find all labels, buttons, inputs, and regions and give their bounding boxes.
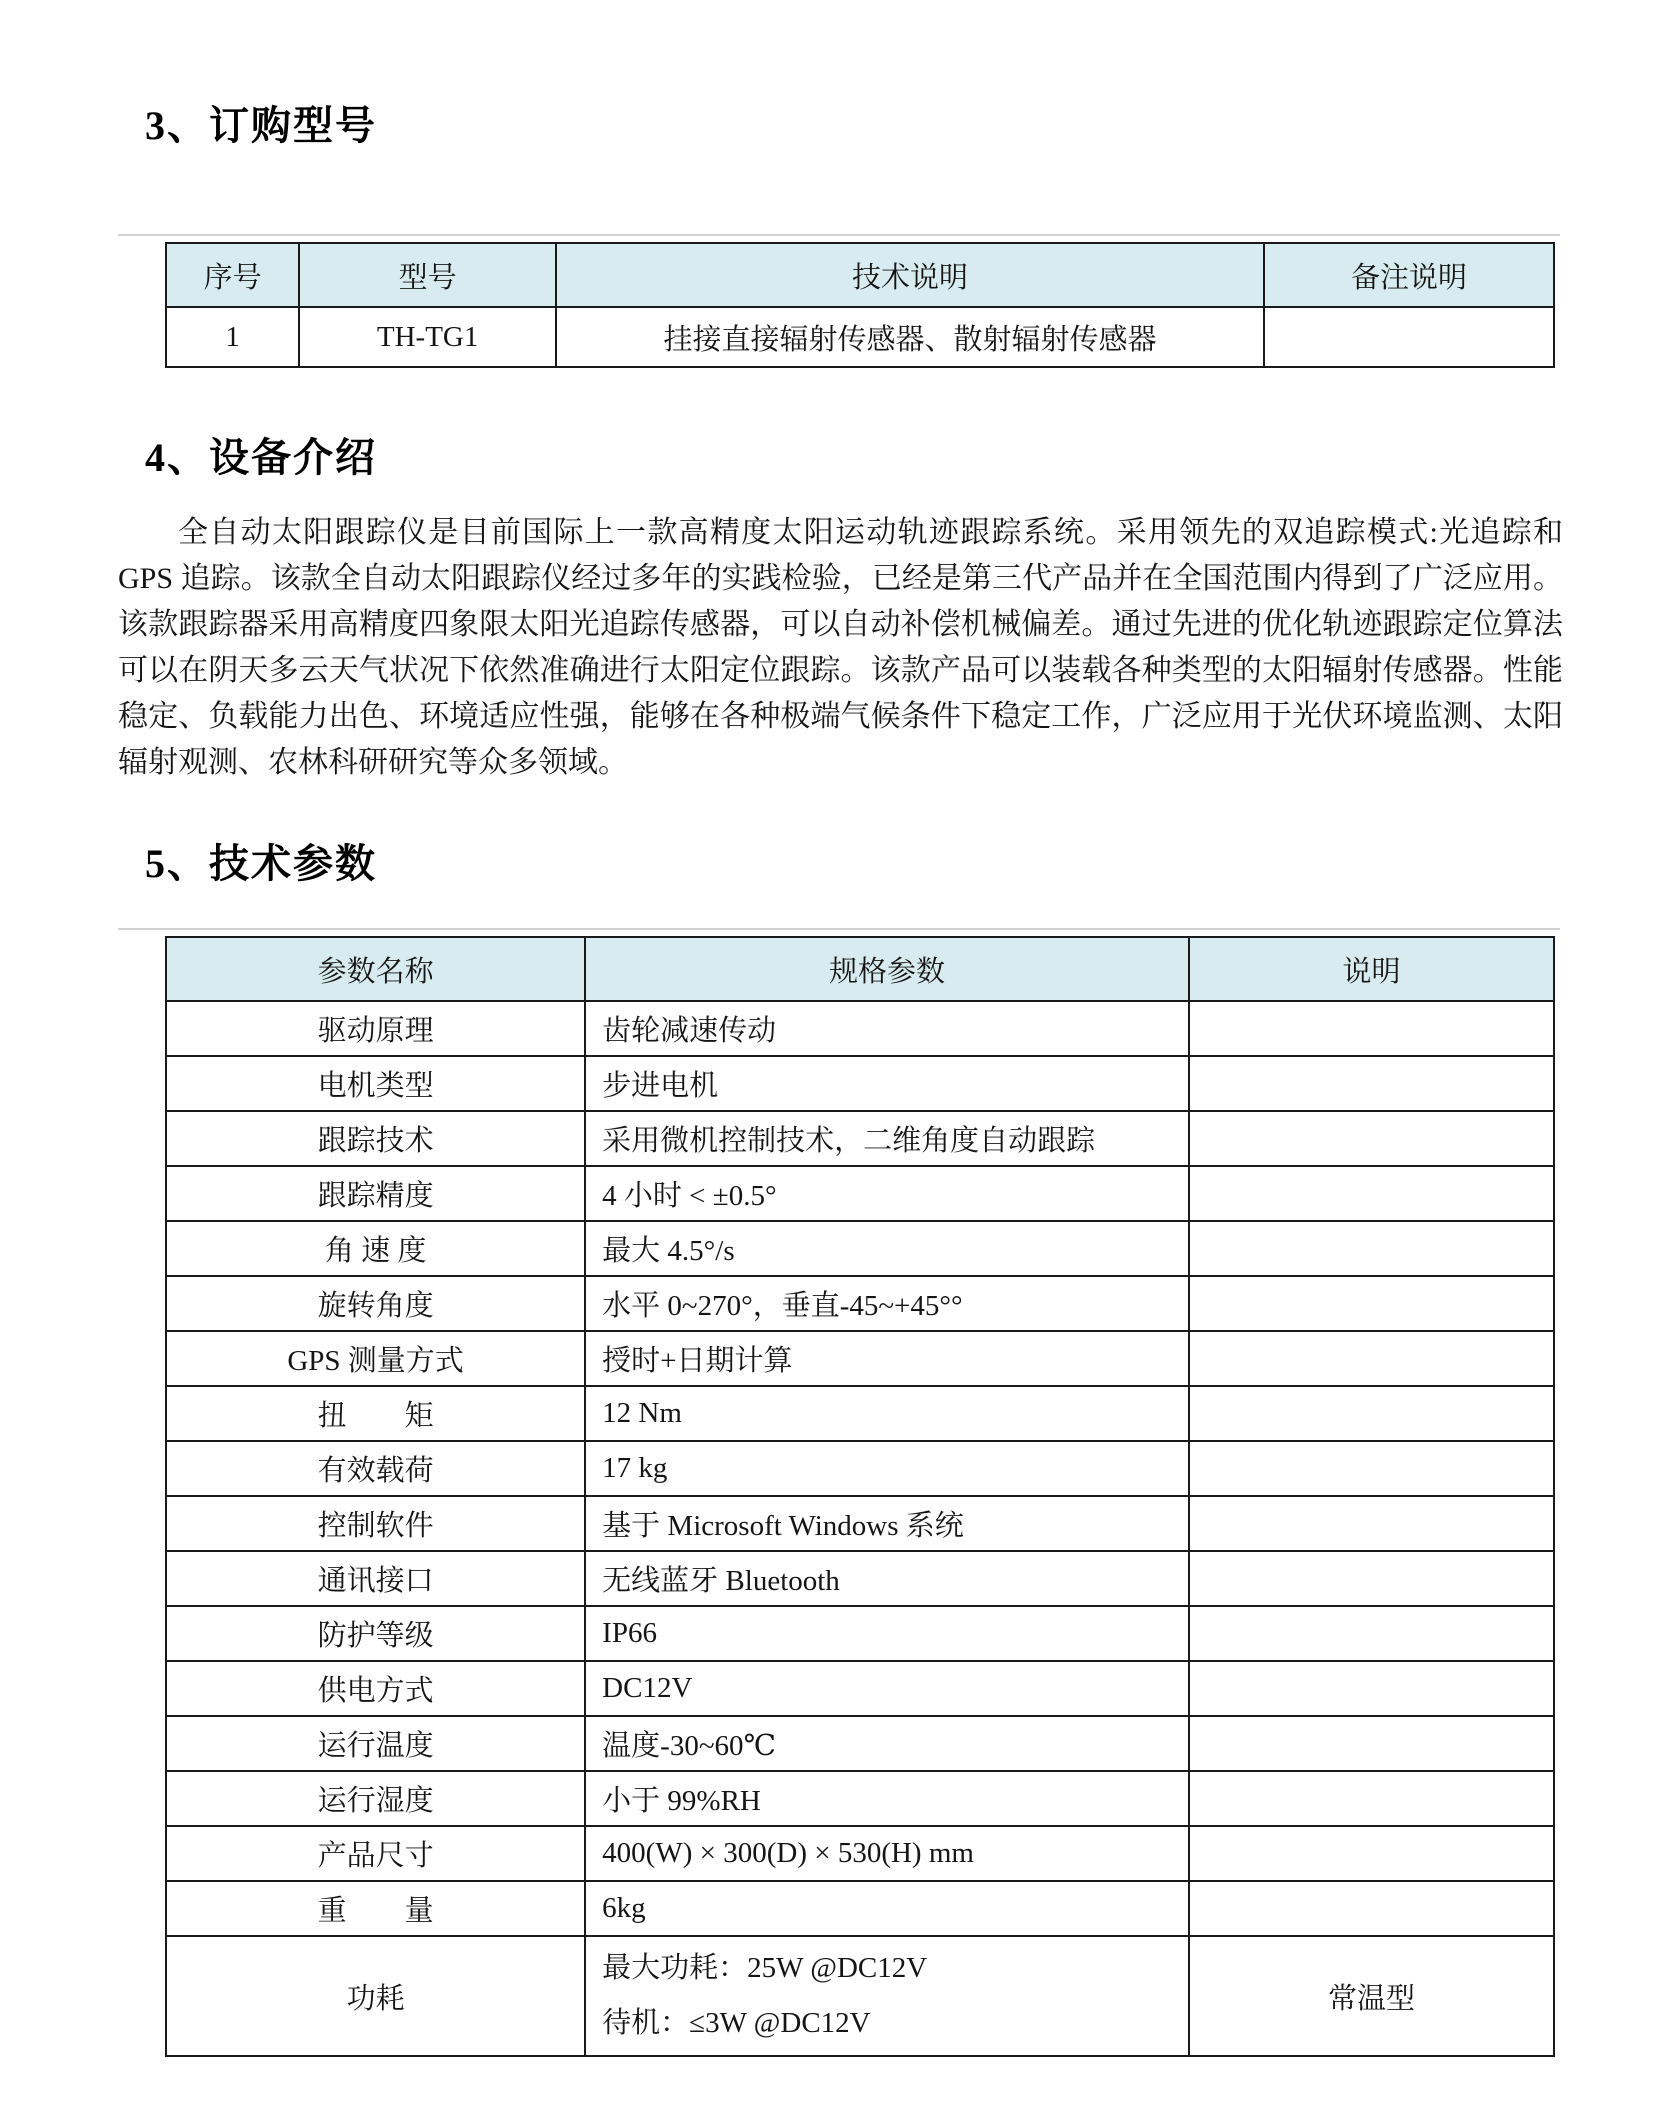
param-note <box>1189 1716 1554 1771</box>
param-row-tracking-tech: 跟踪技术 采用微机控制技术，二维角度自动跟踪 <box>166 1111 1554 1166</box>
param-row-weight: 重 量 6kg <box>166 1881 1554 1936</box>
param-note <box>1189 1606 1554 1661</box>
param-value: IP66 <box>585 1606 1189 1661</box>
param-row-power-supply: 供电方式 DC12V <box>166 1661 1554 1716</box>
param-row-protection-rating: 防护等级 IP66 <box>166 1606 1554 1661</box>
param-header-note: 说明 <box>1189 937 1554 1001</box>
param-note <box>1189 1551 1554 1606</box>
param-row-gps-measure: GPS 测量方式 授时+日期计算 <box>166 1331 1554 1386</box>
param-name: 角 速 度 <box>166 1221 585 1276</box>
param-note <box>1189 1221 1554 1276</box>
order-cell-index: 1 <box>166 307 299 367</box>
param-name: 运行湿度 <box>166 1771 585 1826</box>
param-name: 跟踪技术 <box>166 1111 585 1166</box>
param-header-spec: 规格参数 <box>585 937 1189 1001</box>
divider-line <box>118 234 1560 236</box>
order-cell-model: TH-TG1 <box>299 307 556 367</box>
param-value: 17 kg <box>585 1441 1189 1496</box>
param-row-tracking-accuracy: 跟踪精度 4 小时 < ±0.5° <box>166 1166 1554 1221</box>
param-name: 功耗 <box>166 1936 585 2056</box>
section-4-title: 4、设备介绍 <box>145 430 1653 486</box>
param-note <box>1189 1056 1554 1111</box>
param-value: 400(W) × 300(D) × 530(H) mm <box>585 1826 1189 1881</box>
param-name: 跟踪精度 <box>166 1166 585 1221</box>
order-header-model: 型号 <box>299 243 556 307</box>
param-name: 重 量 <box>166 1881 585 1936</box>
param-row-angular-speed: 角 速 度 最大 4.5°/s <box>166 1221 1554 1276</box>
param-value: 采用微机控制技术，二维角度自动跟踪 <box>585 1111 1189 1166</box>
param-name: 产品尺寸 <box>166 1826 585 1881</box>
param-name: 有效载荷 <box>166 1441 585 1496</box>
param-value: DC12V <box>585 1661 1189 1716</box>
divider-line <box>118 928 1560 930</box>
param-note <box>1189 1661 1554 1716</box>
section-5-title: 5、技术参数 <box>145 836 1653 892</box>
param-row-operating-humidity: 运行湿度 小于 99%RH <box>166 1771 1554 1826</box>
param-name: 驱动原理 <box>166 1001 585 1056</box>
param-note <box>1189 1331 1554 1386</box>
param-table-header-row: 参数名称 规格参数 说明 <box>166 937 1554 1001</box>
param-value: 12 Nm <box>585 1386 1189 1441</box>
param-name: 运行温度 <box>166 1716 585 1771</box>
param-row-motor-type: 电机类型 步进电机 <box>166 1056 1554 1111</box>
param-name: 防护等级 <box>166 1606 585 1661</box>
param-value: 6kg <box>585 1881 1189 1936</box>
param-row-control-software: 控制软件 基于 Microsoft Windows 系统 <box>166 1496 1554 1551</box>
param-row-power-consumption: 功耗 最大功耗：25W @DC12V 待机：≤3W @DC12V 常温型 <box>166 1936 1554 2056</box>
param-value: 4 小时 < ±0.5° <box>585 1166 1189 1221</box>
param-name: 通讯接口 <box>166 1551 585 1606</box>
param-note <box>1189 1881 1554 1936</box>
param-row-product-size: 产品尺寸 400(W) × 300(D) × 530(H) mm <box>166 1826 1554 1881</box>
param-name: 控制软件 <box>166 1496 585 1551</box>
section-3-title: 3、订购型号 <box>145 98 1653 154</box>
param-value: 小于 99%RH <box>585 1771 1189 1826</box>
param-name: 旋转角度 <box>166 1276 585 1331</box>
param-name: 电机类型 <box>166 1056 585 1111</box>
param-note <box>1189 1001 1554 1056</box>
param-note <box>1189 1166 1554 1221</box>
param-value: 基于 Microsoft Windows 系统 <box>585 1496 1189 1551</box>
device-intro-paragraph: 全自动太阳跟踪仪是目前国际上一款高精度太阳运动轨迹跟踪系统。采用领先的双追踪模式… <box>118 510 1563 786</box>
order-header-description: 技术说明 <box>556 243 1264 307</box>
param-header-name: 参数名称 <box>166 937 585 1001</box>
param-value: 步进电机 <box>585 1056 1189 1111</box>
param-row-comm-interface: 通讯接口 无线蓝牙 Bluetooth <box>166 1551 1554 1606</box>
param-row-payload: 有效载荷 17 kg <box>166 1441 1554 1496</box>
technical-parameters-table: 参数名称 规格参数 说明 驱动原理 齿轮减速传动 电机类型 步进电机 跟踪技术 … <box>165 936 1555 2057</box>
param-note <box>1189 1771 1554 1826</box>
param-value: 最大 4.5°/s <box>585 1221 1189 1276</box>
param-value: 齿轮减速传动 <box>585 1001 1189 1056</box>
order-header-remark: 备注说明 <box>1264 243 1554 307</box>
param-note <box>1189 1386 1554 1441</box>
order-header-index: 序号 <box>166 243 299 307</box>
order-model-table: 序号 型号 技术说明 备注说明 1 TH-TG1 挂接直接辐射传感器、散射辐射传… <box>165 242 1555 368</box>
param-row-torque: 扭 矩 12 Nm <box>166 1386 1554 1441</box>
param-value: 最大功耗：25W @DC12V 待机：≤3W @DC12V <box>585 1936 1189 2056</box>
param-note: 常温型 <box>1189 1936 1554 2056</box>
param-name: GPS 测量方式 <box>166 1331 585 1386</box>
param-name: 供电方式 <box>166 1661 585 1716</box>
document-page: 3、订购型号 序号 型号 技术说明 备注说明 1 TH-TG1 挂接直接辐射传感… <box>0 0 1653 2106</box>
param-name: 扭 矩 <box>166 1386 585 1441</box>
param-value: 温度-30~60℃ <box>585 1716 1189 1771</box>
param-note <box>1189 1496 1554 1551</box>
param-value: 水平 0~270°，垂直-45~+45°° <box>585 1276 1189 1331</box>
param-row-operating-temp: 运行温度 温度-30~60℃ <box>166 1716 1554 1771</box>
param-row-rotation-angle: 旋转角度 水平 0~270°，垂直-45~+45°° <box>166 1276 1554 1331</box>
order-table-header-row: 序号 型号 技术说明 备注说明 <box>166 243 1554 307</box>
order-table-row: 1 TH-TG1 挂接直接辐射传感器、散射辐射传感器 <box>166 307 1554 367</box>
param-note <box>1189 1276 1554 1331</box>
param-note <box>1189 1441 1554 1496</box>
order-cell-description: 挂接直接辐射传感器、散射辐射传感器 <box>556 307 1264 367</box>
param-note <box>1189 1826 1554 1881</box>
param-value: 授时+日期计算 <box>585 1331 1189 1386</box>
order-cell-remark <box>1264 307 1554 367</box>
param-row-drive-principle: 驱动原理 齿轮减速传动 <box>166 1001 1554 1056</box>
param-value: 无线蓝牙 Bluetooth <box>585 1551 1189 1606</box>
param-note <box>1189 1111 1554 1166</box>
